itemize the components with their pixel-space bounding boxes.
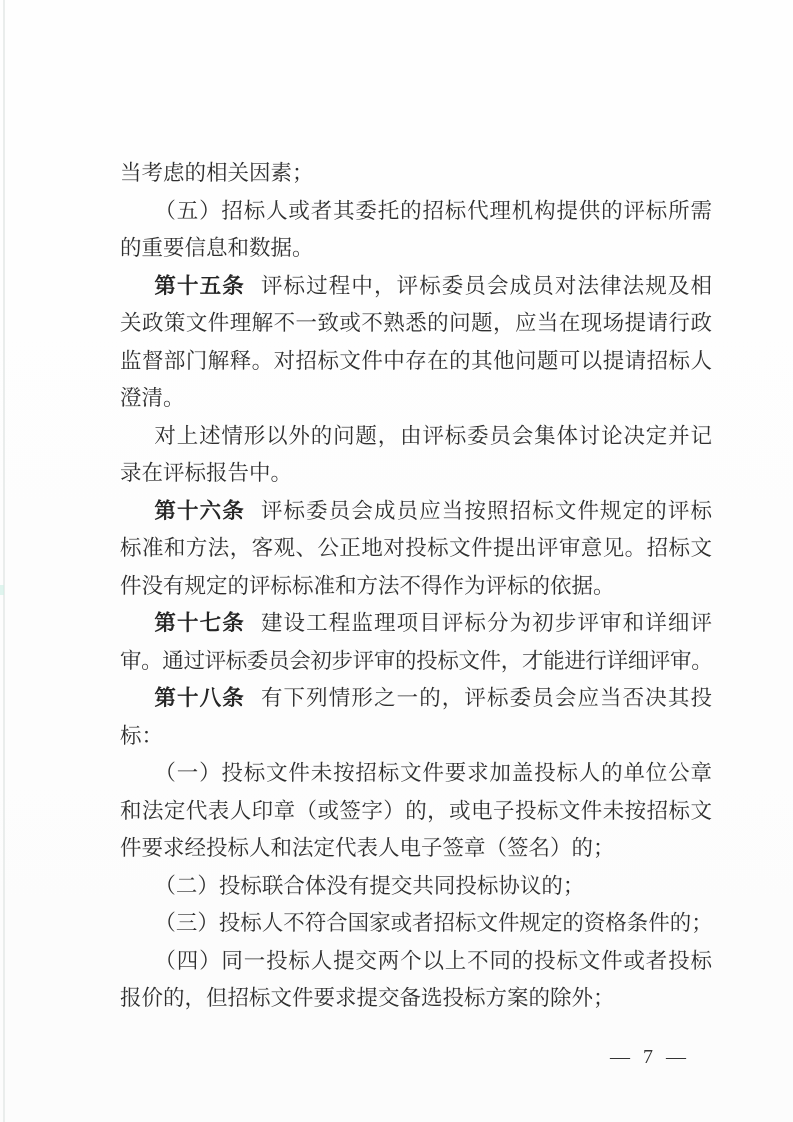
- text-line: 第十八条有下列情形之一的，评标委员会应当否决其投: [120, 680, 712, 718]
- text-line: 第十五条评标过程中，评标委员会成员对法律法规及相: [120, 268, 712, 306]
- text-line: 第十六条评标委员会成员应当按照招标文件规定的评标: [120, 493, 712, 531]
- line-text: 的重要信息和数据。: [120, 236, 314, 260]
- text-line: 关政策文件理解不一致或不熟悉的问题，应当在现场提请行政: [120, 305, 712, 343]
- text-line: （四）同一投标人提交两个以上不同的投标文件或者投标: [120, 943, 712, 981]
- text-line: 监督部门解释。对招标文件中存在的其他问题可以提请招标人: [120, 343, 712, 381]
- article-number: 第十七条: [154, 611, 244, 635]
- line-text: 对上述情形以外的问题，由评标委员会集体讨论决定并记: [154, 424, 712, 448]
- text-line: 澄清。: [120, 380, 712, 418]
- line-text: 评标过程中，评标委员会成员对法律法规及相: [261, 274, 712, 298]
- line-text: 当考虑的相关因素；: [120, 161, 314, 185]
- line-text: 澄清。: [120, 386, 185, 410]
- line-text: 关政策文件理解不一致或不熟悉的问题，应当在现场提请行政: [120, 311, 712, 335]
- text-line: 和法定代表人印章（或签字）的，或电子投标文件未按招标文: [120, 793, 712, 831]
- line-text: （五）招标人或者其委托的招标代理机构提供的评标所需: [154, 199, 712, 223]
- text-line: 的重要信息和数据。: [120, 230, 712, 268]
- line-text: 标：: [120, 724, 163, 748]
- article-number: 第十五条: [154, 274, 244, 298]
- line-text: （三）投标人不符合国家或者招标文件规定的资格条件的；: [154, 911, 712, 935]
- line-text: 标准和方法，客观、公正地对投标文件提出评审意见。招标文: [120, 536, 712, 560]
- line-text: 评标委员会成员应当按照招标文件规定的评标: [261, 499, 712, 523]
- article-number: 第十六条: [154, 499, 244, 523]
- scan-speck-artifact: [0, 585, 4, 595]
- text-line: （二）投标联合体没有提交共同投标协议的；: [120, 868, 712, 906]
- line-text: 和法定代表人印章（或签字）的，或电子投标文件未按招标文: [120, 799, 712, 823]
- article-number: 第十八条: [154, 686, 244, 710]
- page-footer: — 7 —: [610, 1046, 687, 1069]
- document-body: 当考虑的相关因素； （五）招标人或者其委托的招标代理机构提供的评标所需 的重要信…: [120, 155, 712, 1018]
- line-text: （一）投标文件未按招标文件要求加盖投标人的单位公章: [154, 761, 712, 785]
- text-line: （一）投标文件未按招标文件要求加盖投标人的单位公章: [120, 755, 712, 793]
- line-text: （二）投标联合体没有提交共同投标协议的；: [154, 874, 584, 898]
- text-line: 件没有规定的评标标准和方法不得作为评标的依据。: [120, 568, 712, 606]
- text-line: 第十七条建设工程监理项目评标分为初步评审和详细评: [120, 605, 712, 643]
- text-line: （三）投标人不符合国家或者招标文件规定的资格条件的；: [120, 905, 712, 943]
- line-text: 监督部门解释。对招标文件中存在的其他问题可以提请招标人: [120, 349, 712, 373]
- text-line: 审。通过评标委员会初步评审的投标文件，才能进行详细评审。: [120, 643, 712, 681]
- line-text: 录在评标报告中。: [120, 461, 292, 485]
- line-text: 建设工程监理项目评标分为初步评审和详细评: [261, 611, 712, 635]
- line-text: 审。通过评标委员会初步评审的投标文件，才能进行详细评审。: [120, 649, 712, 673]
- text-line: （五）招标人或者其委托的招标代理机构提供的评标所需: [120, 193, 712, 231]
- line-text: （四）同一投标人提交两个以上不同的投标文件或者投标: [154, 949, 712, 973]
- text-line: 报价的，但招标文件要求提交备选投标方案的除外；: [120, 980, 712, 1018]
- line-text: 件没有规定的评标标准和方法不得作为评标的依据。: [120, 574, 615, 598]
- page-number: — 7 —: [610, 1046, 687, 1068]
- text-line: 件要求经投标人和法定代表人电子签章（签名）的；: [120, 830, 712, 868]
- line-text: 件要求经投标人和法定代表人电子签章（签名）的；: [120, 836, 615, 860]
- line-text: 报价的，但招标文件要求提交备选投标方案的除外；: [120, 986, 615, 1010]
- scan-edge-artifact: [3, 0, 5, 1122]
- text-line: 对上述情形以外的问题，由评标委员会集体讨论决定并记: [120, 418, 712, 456]
- text-line: 当考虑的相关因素；: [120, 155, 712, 193]
- text-line: 标：: [120, 718, 712, 756]
- text-line: 录在评标报告中。: [120, 455, 712, 493]
- line-text: 有下列情形之一的，评标委员会应当否决其投: [261, 686, 712, 710]
- text-line: 标准和方法，客观、公正地对投标文件提出评审意见。招标文: [120, 530, 712, 568]
- document-page: 当考虑的相关因素； （五）招标人或者其委托的招标代理机构提供的评标所需 的重要信…: [0, 0, 793, 1122]
